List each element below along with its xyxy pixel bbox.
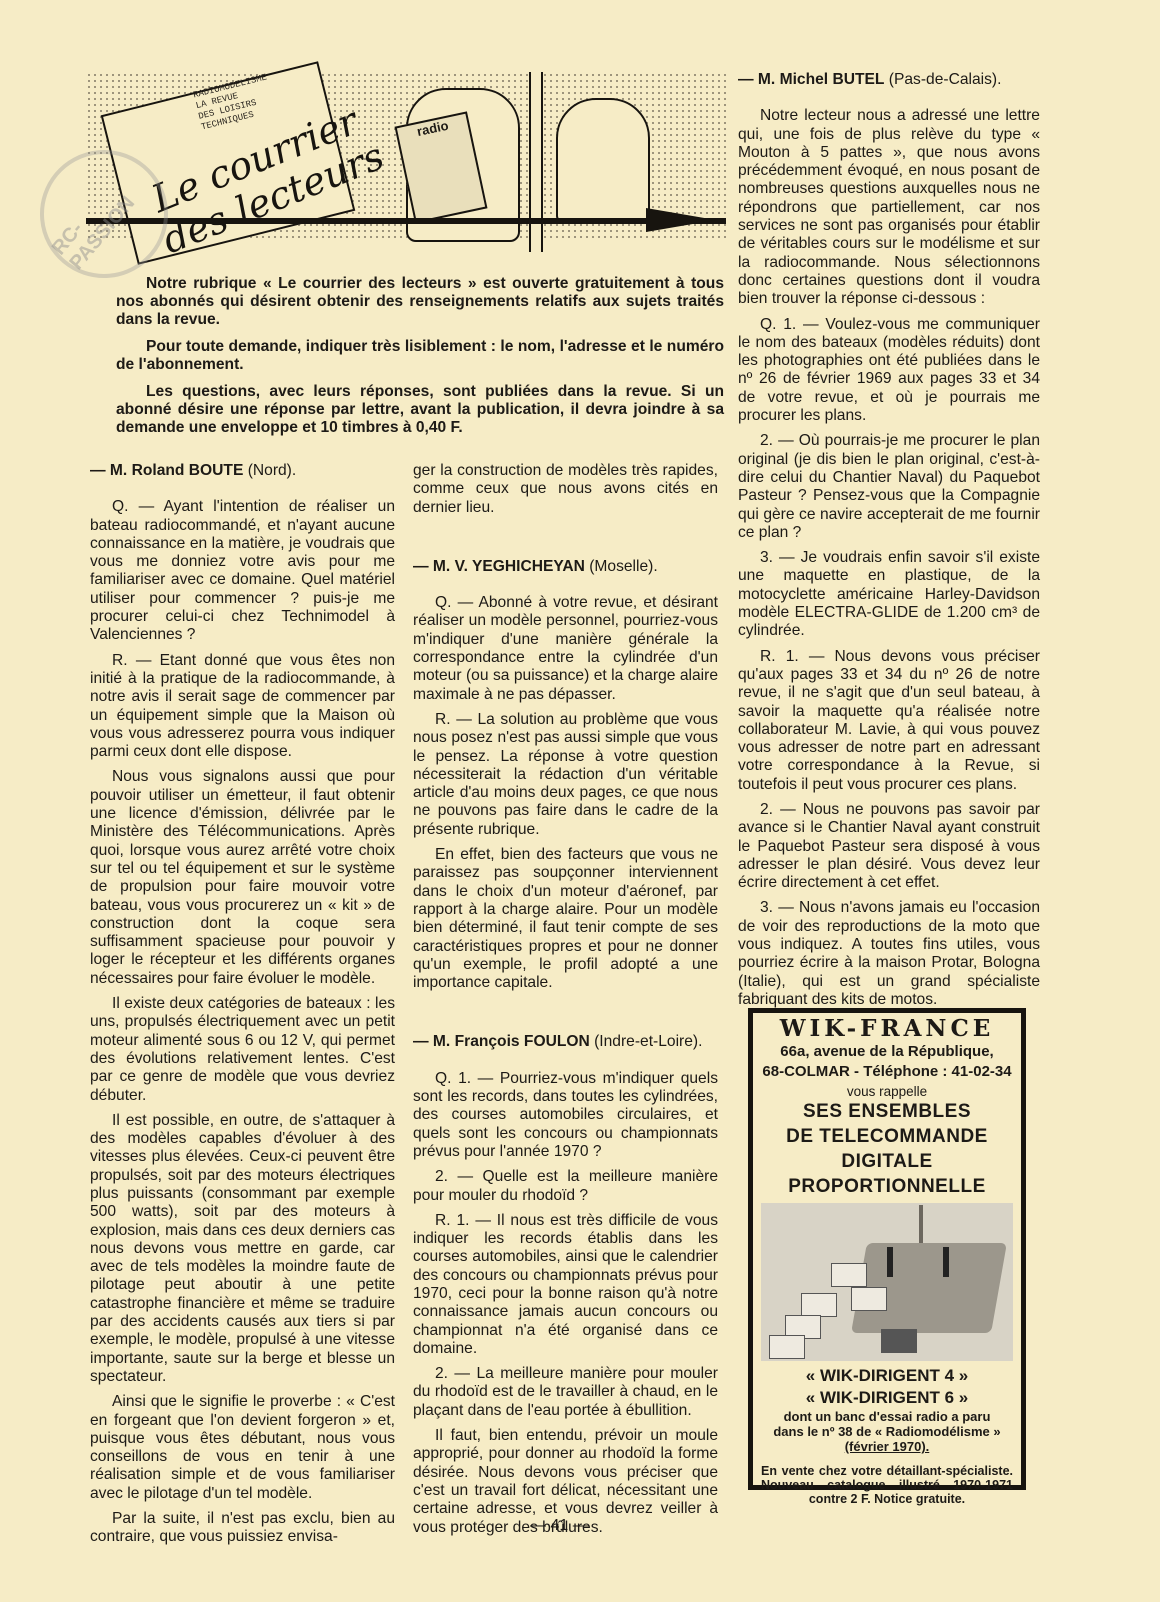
servo-icon <box>851 1287 887 1311</box>
answer-paragraph: Nous vous signalons aussi que pour pouvo… <box>90 768 395 988</box>
page-number: — 41 — <box>530 1517 589 1535</box>
question-paragraph: Q. 1. — Voulez-vous me communiquer le no… <box>738 316 1040 426</box>
answer-paragraph: Par la suite, il n'est pas exclu, bien a… <box>90 1510 395 1547</box>
answer-paragraph: Il existe deux catégories de bateaux : l… <box>90 995 395 1105</box>
question-paragraph: Q. — Abonné à votre revue, et désirant r… <box>413 594 718 704</box>
answer-paragraph: 3. — Nous n'avons jamais eu l'occasion d… <box>738 899 1040 1009</box>
ad-footer: En vente chez votre détaillant-spécialis… <box>761 1464 1013 1506</box>
intro-paragraph: Les questions, avec leurs réponses, sont… <box>116 383 724 437</box>
answer-paragraph: Ainsi que le signifie le proverbe : « C'… <box>90 1393 395 1503</box>
question-paragraph: 2. — Où pourrais-je me procurer le plan … <box>738 432 1040 542</box>
column-3: — M. Michel BUTEL (Pas-de-Calais). Notre… <box>738 71 1040 1016</box>
column-1: — M. Roland BOUTE (Nord). Q. — Ayant l'i… <box>90 462 395 1554</box>
question-paragraph: Q. 1. — Pourriez-vous m'indiquer quels s… <box>413 1070 718 1161</box>
banner-rule <box>86 218 726 224</box>
question-paragraph: 3. — Je voudrais enfin savoir s'il exist… <box>738 549 1040 640</box>
ad-address-line1: 66a, avenue de la République, <box>753 1042 1021 1062</box>
magazine-page: RADIOMODELISME LA REVUE DES LOISIRS TECH… <box>0 0 1160 1602</box>
intro-block: Notre rubrique « Le courrier des lecteur… <box>116 275 724 446</box>
divider-pillar <box>529 72 543 252</box>
servo-icon <box>769 1335 805 1359</box>
reader-region: (Moselle). <box>585 558 658 575</box>
answer-paragraph: R. 1. — Il nous est très difficile de vo… <box>413 1212 718 1358</box>
servo-icon <box>881 1329 917 1353</box>
ad-headline: SES ENSEMBLES <box>753 1099 1021 1124</box>
product-photo <box>761 1203 1013 1361</box>
letter-signature: — M. V. YEGHICHEYAN (Moselle). <box>413 558 718 576</box>
question-paragraph: 2. — Quelle est la meilleure manière pou… <box>413 1168 718 1205</box>
ad-headline: DIGITALE <box>753 1149 1021 1174</box>
intro-paragraph: Notre lecteur nous a adressé une lettre … <box>738 107 1040 308</box>
ad-test-line2: dans le nº 38 de « Radiomodélisme » <box>753 1424 1021 1439</box>
servo-icon <box>801 1293 837 1317</box>
advertisement-box: WIK-FRANCE 66a, avenue de la République,… <box>748 1008 1026 1490</box>
reader-region: (Nord). <box>243 462 296 479</box>
header-illustration: RADIOMODELISME LA REVUE DES LOISIRS TECH… <box>86 68 726 258</box>
reader-name: Michel BUTEL <box>780 71 885 88</box>
reader-region: (Indre-et-Loire). <box>590 1033 703 1050</box>
ad-headline: PROPORTIONNELLE <box>753 1174 1021 1199</box>
reader-region: (Pas-de-Calais). <box>884 71 1001 88</box>
receiver-icon <box>831 1263 867 1287</box>
ad-product: « WIK-DIRIGENT 4 » <box>753 1365 1021 1387</box>
intro-paragraph: Pour toute demande, indiquer très lisibl… <box>116 338 724 374</box>
ad-remind: vous rappelle <box>753 1084 1021 1099</box>
letter-signature: — M. François FOULON (Indre-et-Loire). <box>413 1033 718 1051</box>
intro-paragraph: Notre rubrique « Le courrier des lecteur… <box>116 275 724 329</box>
joystick-icon <box>887 1247 893 1277</box>
ad-brand: WIK-FRANCE <box>753 1015 1021 1042</box>
joystick-icon <box>943 1247 949 1277</box>
answer-paragraph: R. 1. — Nous devons vous préciser qu'aux… <box>738 648 1040 794</box>
column-2: ger la construction de modèles très rapi… <box>413 462 718 1544</box>
reader-name: V. YEGHICHEYAN <box>455 558 585 575</box>
ad-test-date: (février 1970). <box>753 1439 1021 1454</box>
answer-paragraph: 2. — Nous ne pouvons pas savoir par avan… <box>738 801 1040 892</box>
answer-paragraph: Il est possible, en outre, de s'attaquer… <box>90 1112 395 1386</box>
answer-paragraph: En effet, bien des facteurs que vous ne … <box>413 846 718 992</box>
ad-product: « WIK-DIRIGENT 6 » <box>753 1387 1021 1409</box>
ad-test-line1: dont un banc d'essai radio a paru <box>753 1409 1021 1424</box>
writer-figure-icon <box>556 98 650 222</box>
ad-headline: DE TELECOMMANDE <box>753 1124 1021 1149</box>
reader-name: Roland BOUTE <box>132 462 244 479</box>
letter-signature: — M. Roland BOUTE (Nord). <box>90 462 395 480</box>
reader-name: François FOULON <box>455 1033 590 1050</box>
answer-paragraph: R. — Etant donné que vous êtes non initi… <box>90 652 395 762</box>
answer-paragraph-continued: ger la construction de modèles très rapi… <box>413 462 718 517</box>
answer-paragraph: R. — La solution au problème que vous no… <box>413 711 718 839</box>
arrow-icon <box>646 208 716 232</box>
question-paragraph: Q. — Ayant l'intention de réaliser un ba… <box>90 498 395 644</box>
letter-signature: — M. Michel BUTEL (Pas-de-Calais). <box>738 71 1040 89</box>
answer-paragraph: 2. — La meilleure manière pour mouler du… <box>413 1365 718 1420</box>
ad-address-line2: 68-COLMAR - Téléphone : 41-02-34 <box>753 1062 1021 1082</box>
